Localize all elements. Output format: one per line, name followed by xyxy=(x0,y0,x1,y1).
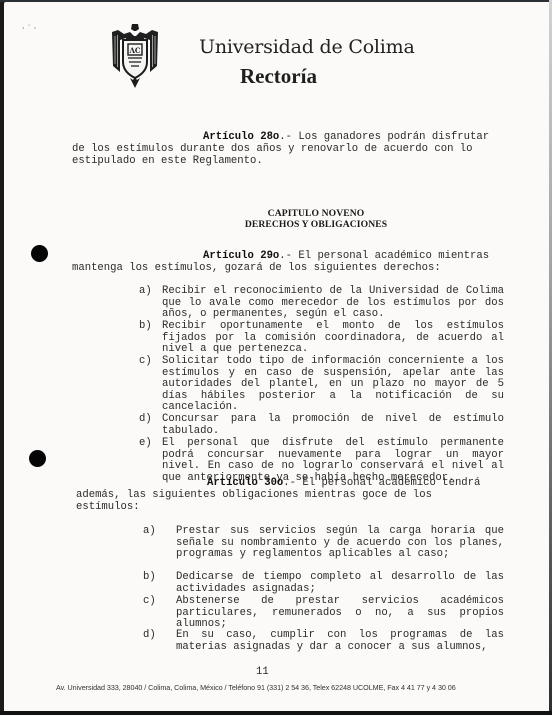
list-item-label: a) xyxy=(143,526,156,538)
list-item-label: c) xyxy=(143,596,156,608)
chapter-title: CAPITULO NOVENO xyxy=(166,208,466,219)
article-29-line-1: Artículo 29o.- El personal académico mie… xyxy=(203,251,489,263)
chapter-subtitle: DERECHOS Y OBLIGACIONES xyxy=(166,219,466,230)
letterhead-footer-address: Av. Universidad 333, 28040 / Colima, Col… xyxy=(56,683,456,692)
list-item: Dedicarse de tiempo completo al desarrol… xyxy=(176,572,504,595)
list-item: Abstenerse de prestar servicios académic… xyxy=(176,596,504,631)
scan-border-bottom xyxy=(0,711,552,715)
list-item: Concursar para la promoción de nivel de … xyxy=(162,414,504,437)
list-item-label: d) xyxy=(143,630,156,642)
list-item: Recibir oportunamente el monto de los es… xyxy=(162,321,504,356)
punch-hole xyxy=(29,450,46,467)
article-30-line-1: Artículo 30o.- El personal académico ten… xyxy=(207,478,480,490)
list-item: Prestar sus servicios según la carga hor… xyxy=(176,526,504,561)
article-29-line-2: mantenga los estímulos, gozará de los si… xyxy=(72,263,441,275)
scan-specks: · ˙ · xyxy=(22,24,36,33)
list-item-label: a) xyxy=(139,286,152,298)
university-crest-eagle-icon: ΛC xyxy=(110,22,160,88)
article-30-line-2: además, las siguientes obligaciones mien… xyxy=(76,490,432,502)
list-item: Solicitar todo tipo de información conce… xyxy=(162,356,504,414)
list-item-label: e) xyxy=(139,438,152,450)
document-page: · ˙ · ΛC Universidad de Colima Rectoría … xyxy=(4,2,550,711)
article-28-line-2: de los estímulos durante dos años y reno… xyxy=(72,144,473,156)
page-number: 11 xyxy=(256,666,269,678)
list-item-label: b) xyxy=(139,321,152,333)
article-28-heading: Artículo 28o xyxy=(203,131,279,143)
article-30-heading: Artículo 30o xyxy=(207,477,283,489)
list-item-label: b) xyxy=(143,572,156,584)
article-29-heading: Artículo 29o xyxy=(203,250,279,262)
svg-text:ΛC: ΛC xyxy=(128,46,140,55)
list-item: En su caso, cumplir con los programas de… xyxy=(176,630,504,653)
list-item-label: d) xyxy=(139,414,152,426)
list-item-label: c) xyxy=(139,356,152,368)
article-28-line-3: estipulado en este Reglamento. xyxy=(72,156,263,168)
punch-hole xyxy=(31,245,48,262)
institution-name: Universidad de Colima xyxy=(199,36,415,58)
article-30-line-3: estímulos: xyxy=(76,502,140,514)
list-item: Recibir el reconocimiento de la Universi… xyxy=(162,286,504,321)
office-name: Rectoría xyxy=(240,64,317,89)
article-28-line-1: Artículo 28o.- Los ganadores podrán disf… xyxy=(203,132,489,144)
